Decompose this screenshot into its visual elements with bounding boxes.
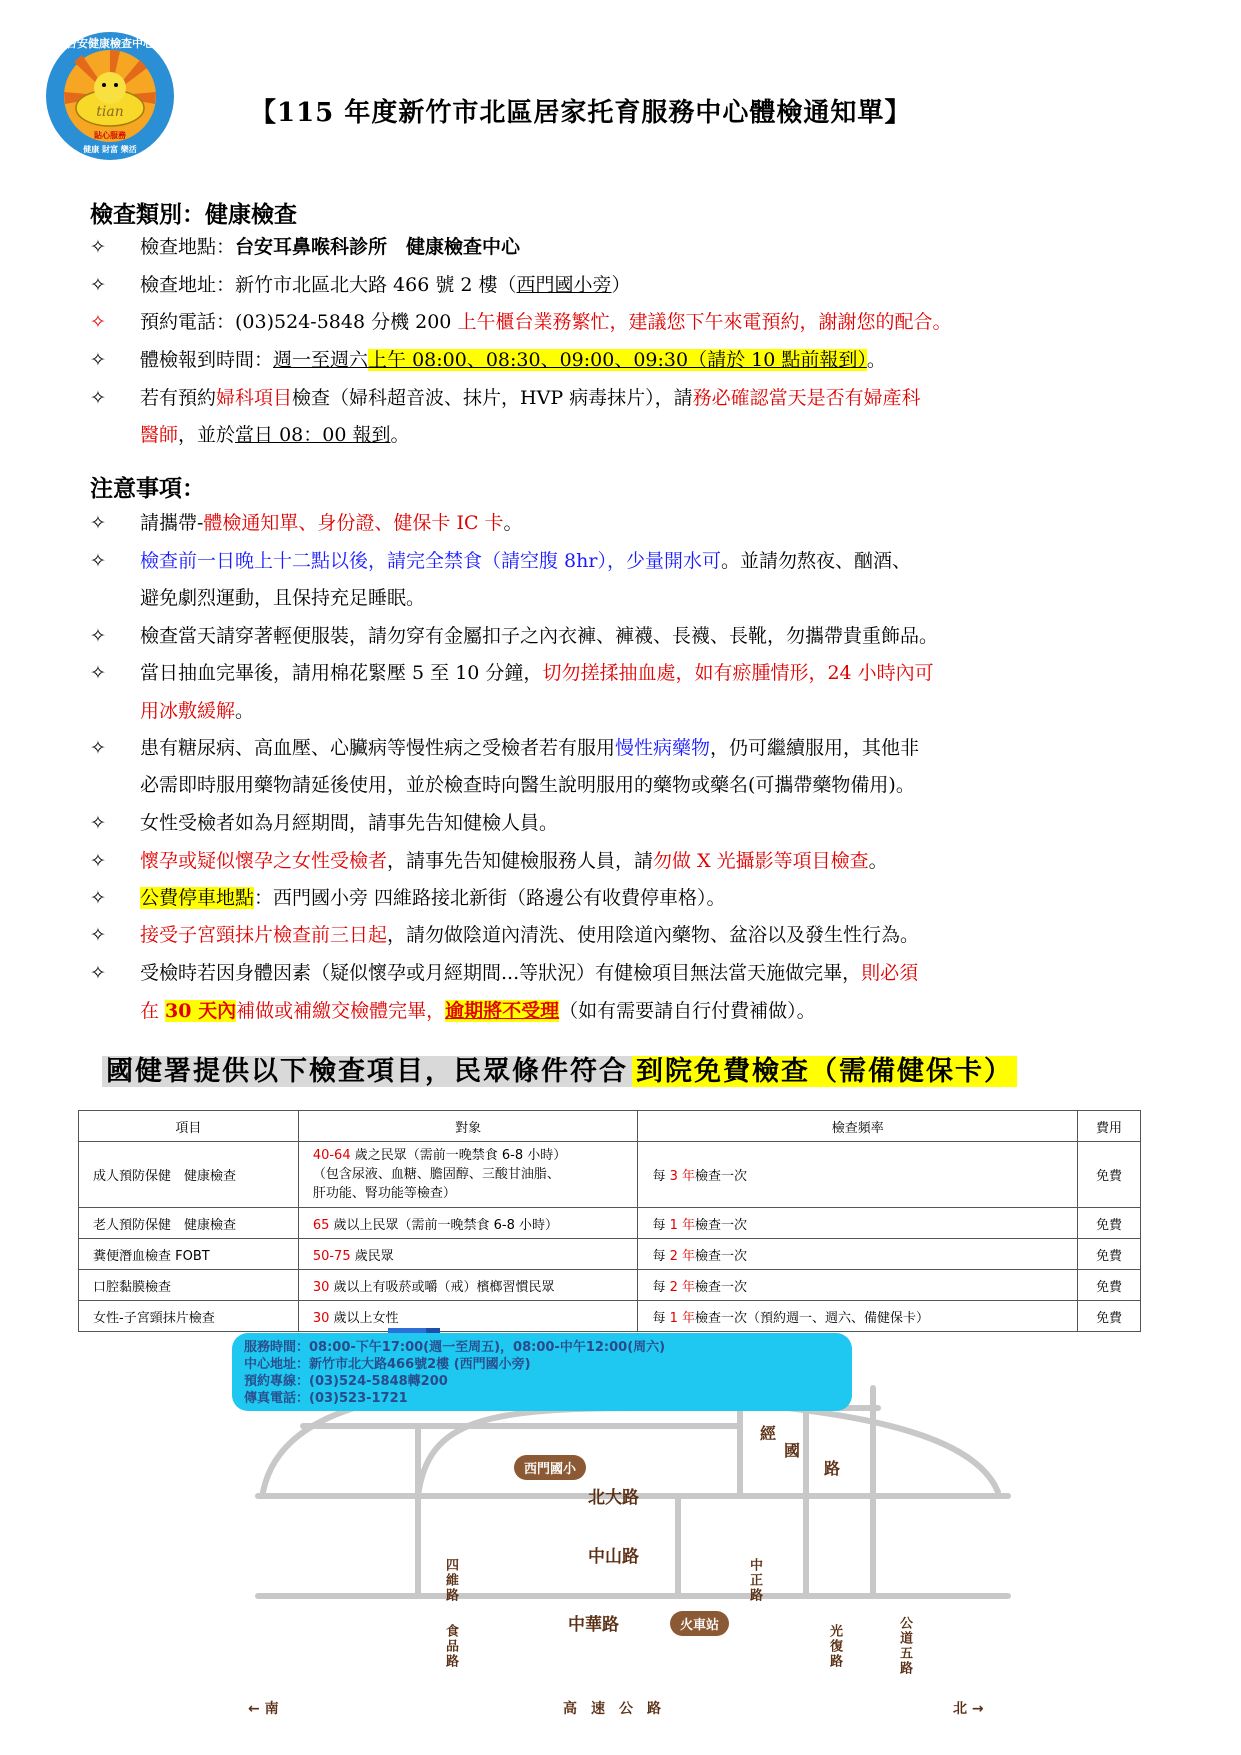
road-label-guangfu: 光復路	[825, 1624, 844, 1669]
diamond-bullet-icon: ✧	[90, 347, 140, 373]
direction-north: 北 →	[953, 1698, 984, 1718]
header-target: 對象	[298, 1111, 638, 1142]
table-row: 女性-子宮頸抹片檢查 30 歲以上女性 每 1 年檢查一次（預約週一、週六、備健…	[79, 1301, 1141, 1332]
table-row: 老人預防保健 健康檢查 65 歲以上民眾（需前一晚禁食 6-8 小時） 每 1 …	[79, 1208, 1141, 1239]
note-fasting-cont: 避免劇烈運動，且保持充足睡眠。	[140, 585, 425, 611]
diamond-bullet-icon: ✧	[90, 510, 140, 536]
note-blood-draw: ✧當日抽血完畢後，請用棉花緊壓 5 至 10 分鐘，切勿搓揉抽血處，如有瘀腫情形…	[90, 660, 934, 686]
diamond-bullet-icon: ✧	[90, 385, 140, 411]
note-blood-draw-cont: 用冰敷緩解。	[140, 698, 254, 724]
svg-text:健康 財富 樂活: 健康 財富 樂活	[82, 144, 137, 154]
note-clothing: ✧檢查當天請穿著輕便服裝，請勿穿有金屬扣子之內衣褲、褲襪、長襪、長靴，勿攜帶貴重…	[90, 623, 938, 649]
road-label-highway: 高 速 公 路	[563, 1698, 661, 1718]
diamond-bullet-icon: ✧	[90, 234, 140, 260]
diamond-bullet-icon: ✧	[90, 735, 140, 761]
header-item: 項目	[79, 1111, 299, 1142]
landmark-train-station: 火車站	[670, 1611, 729, 1636]
table-row: 糞便潛血檢查 FOBT 50-75 歲民眾 每 2 年檢查一次 免費	[79, 1239, 1141, 1270]
road-label-gongdao: 公道五路	[895, 1616, 914, 1676]
diamond-bullet-icon: ✧	[90, 623, 140, 649]
road-label-zhongzheng: 中正路	[745, 1558, 764, 1603]
road-label-shipin: 食品路	[441, 1624, 460, 1669]
road-label-jingguo-1: 經	[760, 1421, 776, 1444]
svg-text:tian: tian	[96, 104, 123, 120]
diamond-bullet-icon: ✧	[90, 660, 140, 686]
note-fasting: ✧檢查前一日晚上十二點以後，請完全禁食（請空腹 8hr），少量開水可。並請勿熬夜…	[90, 548, 911, 574]
info-checkin-time: ✧體檢報到時間：週一至週六上午 08:00、08:30、09:00、09:30（…	[90, 347, 886, 373]
info-location: ✧檢查地點：台安耳鼻喉科診所 健康檢查中心	[90, 234, 520, 260]
note-menstruation: ✧女性受檢者如為月經期間，請事先告知健檢人員。	[90, 810, 558, 836]
free-exam-banner: 國健署提供以下檢查項目，民眾條件符合到院免費檢查（需備健保卡）	[102, 1050, 1017, 1094]
diamond-bullet-icon: ✧	[90, 810, 140, 836]
svg-text:貼心服務: 貼心服務	[94, 130, 126, 140]
diamond-bullet-icon: ✧	[90, 885, 140, 911]
diamond-bullet-icon: ✧	[90, 922, 140, 948]
note-makeup-exam-cont: 在 30 天內補做或補繳交檢體完畢，逾期將不受理（如有需要請自行付費補做）。	[140, 998, 816, 1024]
diamond-bullet-icon: ✧	[90, 960, 140, 986]
diamond-bullet-icon: ✧	[90, 548, 140, 574]
diamond-bullet-icon: ✧	[90, 309, 140, 335]
header-frequency: 檢查頻率	[638, 1111, 1078, 1142]
clinic-logo: tian 貼心服務 健康 財富 樂活 台安健康檢查中心	[44, 30, 176, 162]
note-parking: ✧公費停車地點：西門國小旁 四維路接北新街（路邊公有收費停車格）。	[90, 885, 726, 911]
table-header-row: 項目 對象 檢查頻率 費用	[79, 1111, 1141, 1142]
note-bring-items: ✧請攜帶-體檢通知單、身份證、健保卡 IC 卡。	[90, 510, 523, 536]
header-fee: 費用	[1078, 1111, 1141, 1142]
info-gyn-exam: ✧若有預約婦科項目檢查（婦科超音波、抹片，HVP 病毒抹片），請務必確認當天是否…	[90, 385, 921, 411]
info-phone: ✧預約電話：(03)524-5848 分機 200 上午櫃台業務繁忙，建議您下午…	[90, 309, 951, 335]
service-info-bubble: 服務時間：08:00-下午17:00(週一至周五)，08:00-中午12:00(…	[232, 1333, 852, 1411]
free-exam-table: 項目 對象 檢查頻率 費用 成人預防保健 健康檢查 40-64 歲之民眾（需前一…	[78, 1110, 1141, 1332]
document-title: 【115 年度新竹市北區居家托育服務中心體檢通知單】	[250, 92, 911, 129]
diamond-bullet-icon: ✧	[90, 272, 140, 298]
road-label-beida: 北大路	[588, 1483, 639, 1508]
road-label-zhonghua: 中華路	[568, 1610, 619, 1635]
note-pap-smear: ✧接受子宮頸抹片檢查前三日起，請勿做陰道內清洗、使用陰道內藥物、盆浴以及發生性行…	[90, 922, 919, 948]
road-label-jingguo-2: 國	[784, 1438, 800, 1461]
table-row: 口腔黏膜檢查 30 歲以上有吸菸或嚼（戒）檳榔習慣民眾 每 2 年檢查一次 免費	[79, 1270, 1141, 1301]
road-label-siwei: 四維路	[441, 1558, 460, 1603]
info-gyn-exam-cont: 醫師，並於當日 08：00 報到。	[140, 422, 409, 448]
road-label-zhongshan: 中山路	[588, 1542, 639, 1567]
table-row: 成人預防保健 健康檢查 40-64 歲之民眾（需前一晚禁食 6-8 小時）（包含…	[79, 1142, 1141, 1208]
note-pregnancy: ✧懷孕或疑似懷孕之女性受檢者，請事先告知健檢服務人員，請勿做 X 光攝影等項目檢…	[90, 848, 888, 874]
section-heading-notes: 注意事項：	[90, 470, 205, 503]
note-makeup-exam: ✧受檢時若因身體因素（疑似懷孕或月經期間...等狀況）有健檢項目無法當天施做完畢…	[90, 960, 918, 986]
note-chronic-meds: ✧患有糖尿病、高血壓、心臟病等慢性病之受檢者若有服用慢性病藥物，仍可繼續服用，其…	[90, 735, 919, 761]
direction-south: ← 南	[248, 1698, 279, 1718]
diamond-bullet-icon: ✧	[90, 848, 140, 874]
info-address: ✧檢查地址：新竹市北區北大路 466 號 2 樓（西門國小旁）	[90, 272, 631, 298]
svg-text:台安健康檢查中心: 台安健康檢查中心	[66, 36, 155, 50]
road-label-jingguo-3: 路	[824, 1456, 840, 1479]
note-chronic-meds-cont: 必需即時服用藥物請延後使用，並於檢查時向醫生說明服用的藥物或藥名(可攜帶藥物備用…	[140, 772, 915, 798]
section-heading-exam-type: 檢查類別：健康檢查	[90, 196, 297, 229]
location-map: 服務時間：08:00-下午17:00(週一至周五)，08:00-中午12:00(…	[228, 1328, 1048, 1748]
landmark-school: 西門國小	[514, 1455, 586, 1480]
